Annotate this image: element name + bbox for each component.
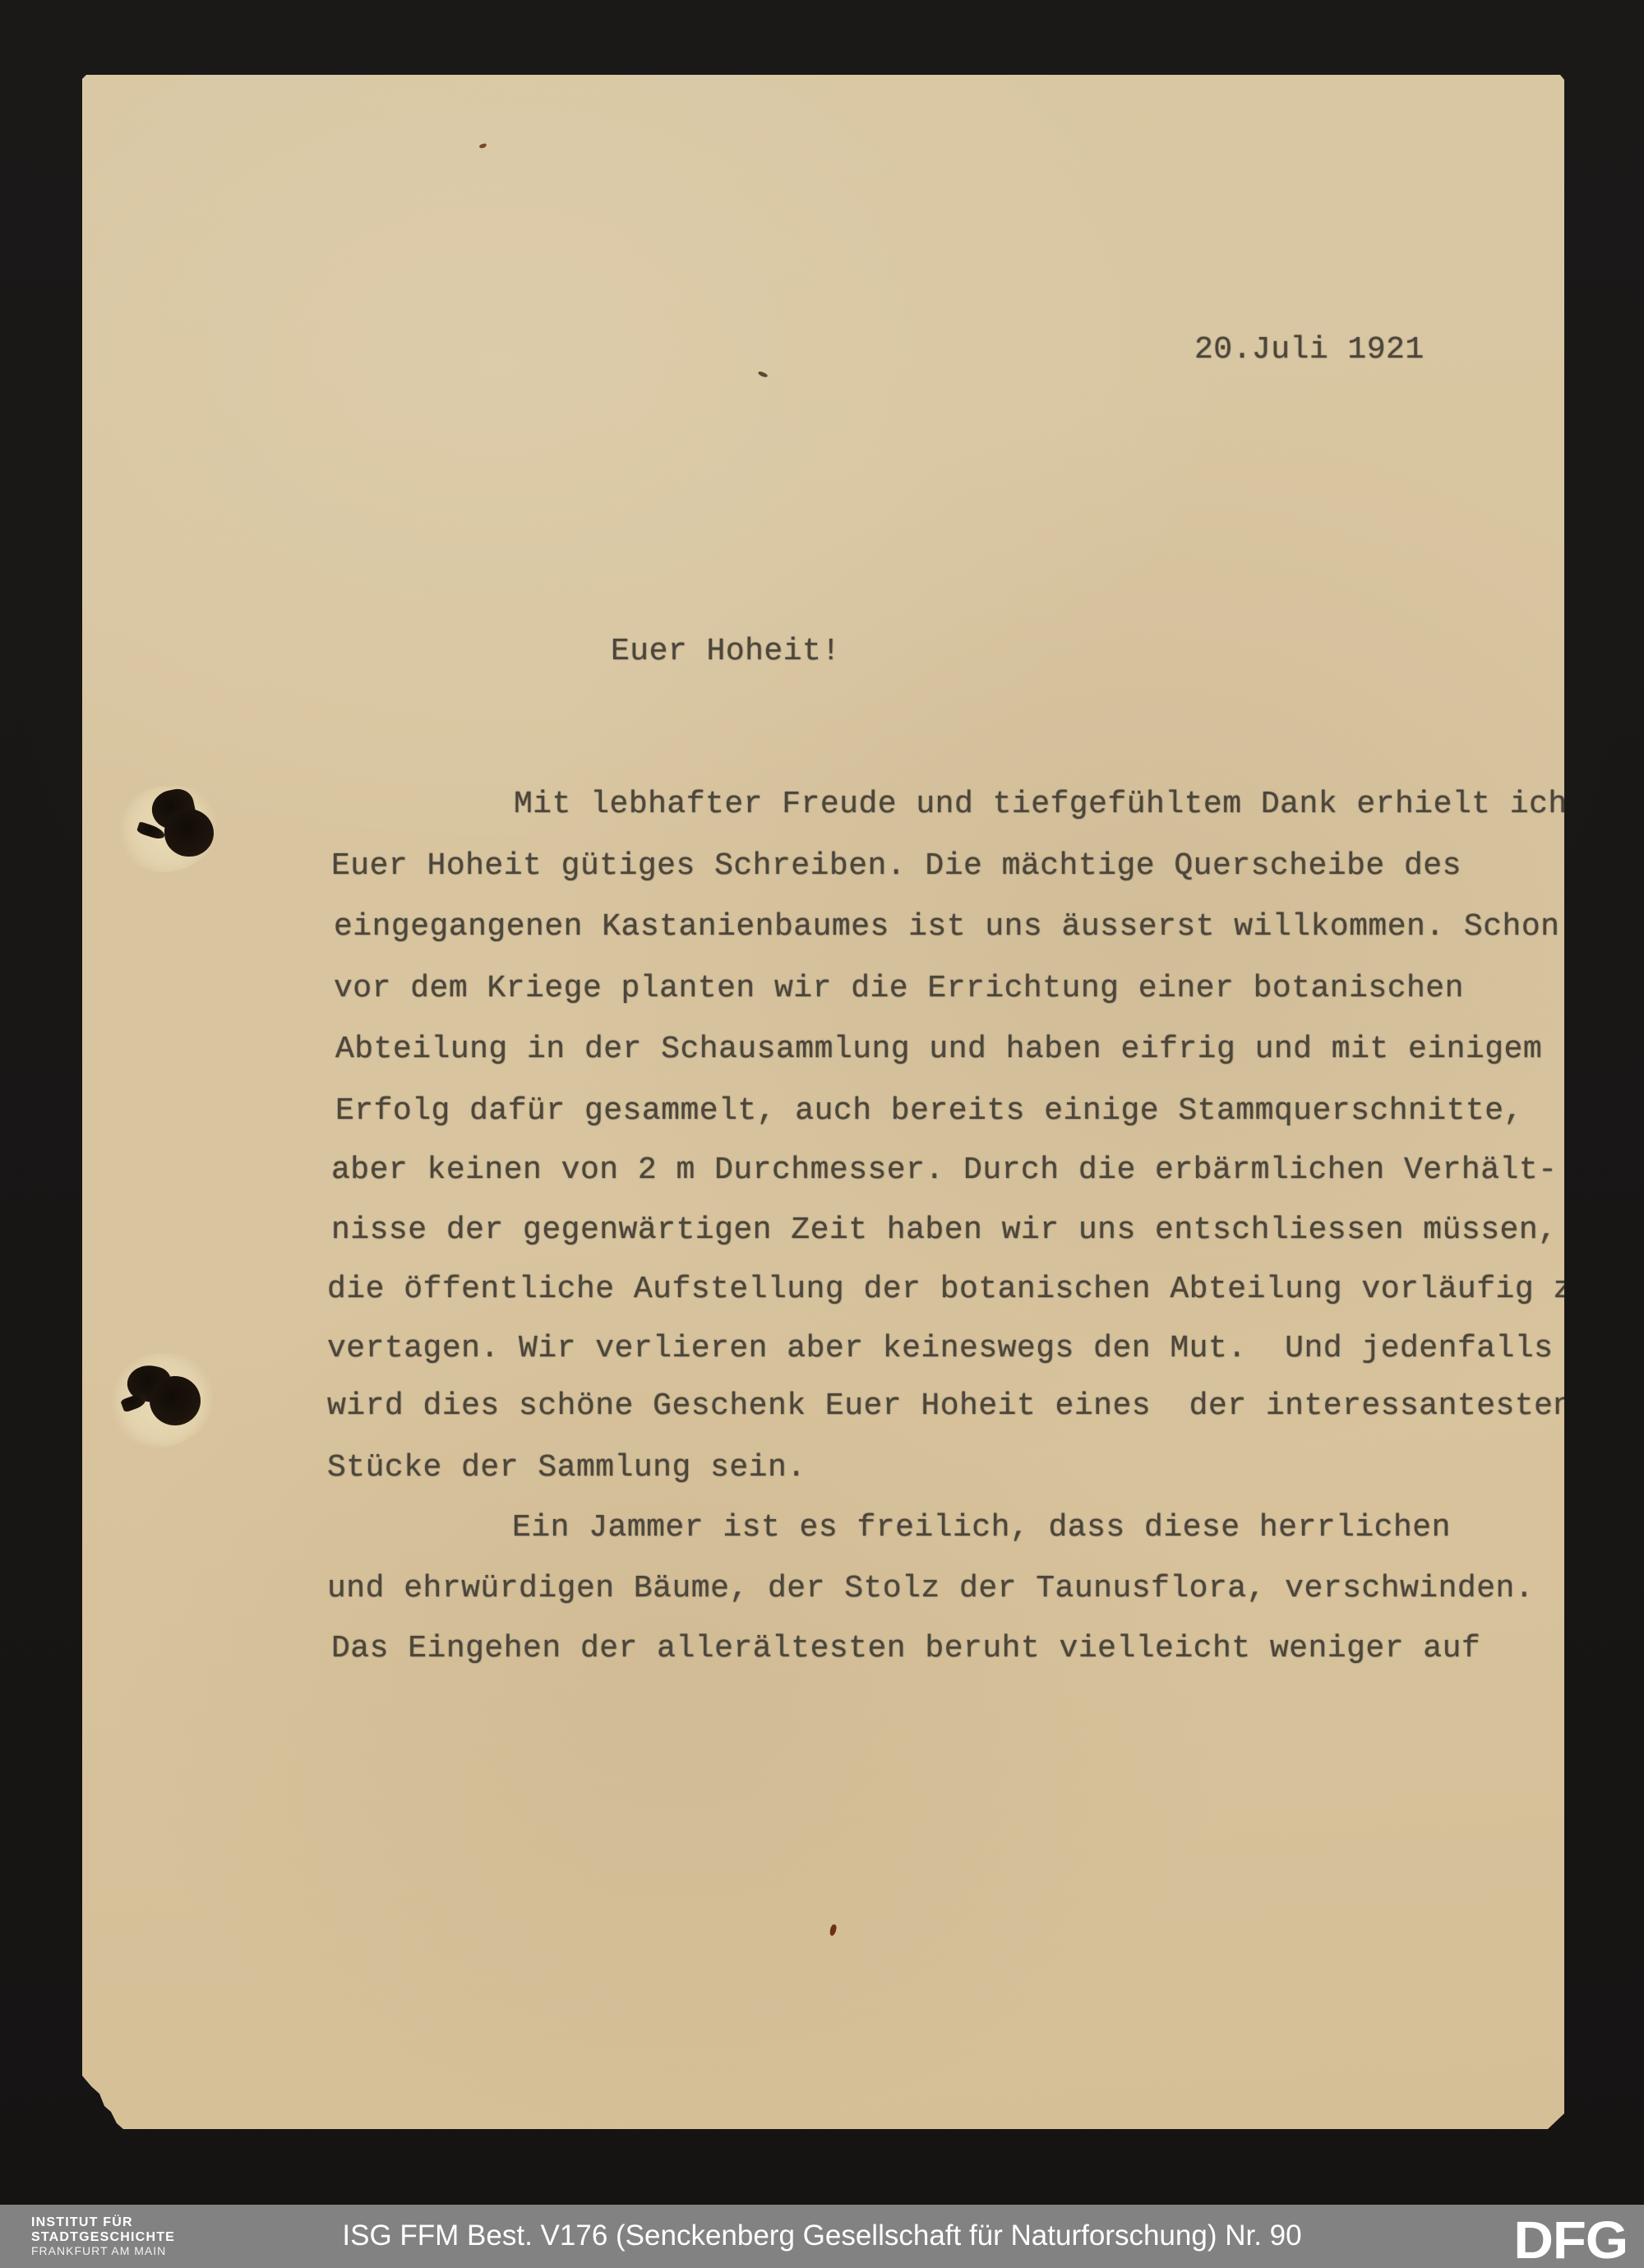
paper-fleck <box>829 1924 838 1936</box>
letter-salutation: Euer Hoheit! <box>611 636 841 667</box>
letter-body-line: vertagen. Wir verlieren aber keineswegs … <box>327 1333 1553 1365</box>
paper-fleck <box>479 143 487 149</box>
punch-hole-shape <box>164 809 214 857</box>
letter-body-line: Erfolg dafür gesammelt, auch bereits ein… <box>335 1096 1523 1127</box>
archive-reference: ISG FFM Best. V176 (Senckenberg Gesellsc… <box>0 2219 1644 2252</box>
letter-body-line: wird dies schöne Geschenk Euer Hoheit ei… <box>327 1391 1564 1422</box>
paper-fleck <box>758 371 769 379</box>
letter-body-line: nisse der gegenwärtigen Zeit haben wir u… <box>331 1215 1557 1246</box>
dfg-logo: DFG <box>1513 2210 1628 2268</box>
letter-body-line: Stücke der Sammlung sein. <box>327 1453 806 1484</box>
punch-hole-bottom <box>107 1353 238 1456</box>
letter-body-line: Ein Jammer ist es freilich, dass diese h… <box>512 1513 1451 1544</box>
letter-body-line: aber keinen von 2 m Durchmesser. Durch d… <box>331 1155 1557 1186</box>
letter-page: 20.Juli 1921 Euer Hoheit! Mit lebhafter … <box>82 75 1564 2129</box>
letter-body-line: die öffentliche Aufstellung der botanisc… <box>327 1274 1564 1305</box>
letter-date: 20.Juli 1921 <box>1194 335 1425 366</box>
archive-footer-bar: INSTITUT FÜR STADTGESCHICHTE FRANKFURT A… <box>0 2205 1644 2268</box>
punch-hole-shape <box>150 1376 201 1425</box>
letter-body-line: vor dem Kriege planten wir die Errichtun… <box>334 973 1464 1005</box>
punch-hole-top <box>119 778 242 876</box>
letter-body-line: Euer Hoheit gütiges Schreiben. Die mächt… <box>331 851 1462 882</box>
scan-backdrop: 20.Juli 1921 Euer Hoheit! Mit lebhafter … <box>0 0 1644 2268</box>
letter-body-line: Mit lebhafter Freude und tiefgefühltem D… <box>514 789 1564 820</box>
letter-body-line: und ehrwürdigen Bäume, der Stolz der Tau… <box>327 1573 1534 1605</box>
letter-body-line: eingegangenen Kastanienbaumes ist uns äu… <box>334 912 1559 943</box>
letter-body-line: Das Eingehen der allerältesten beruht vi… <box>331 1633 1480 1665</box>
letter-body-line: Abteilung in der Schausammlung und haben… <box>335 1034 1542 1065</box>
